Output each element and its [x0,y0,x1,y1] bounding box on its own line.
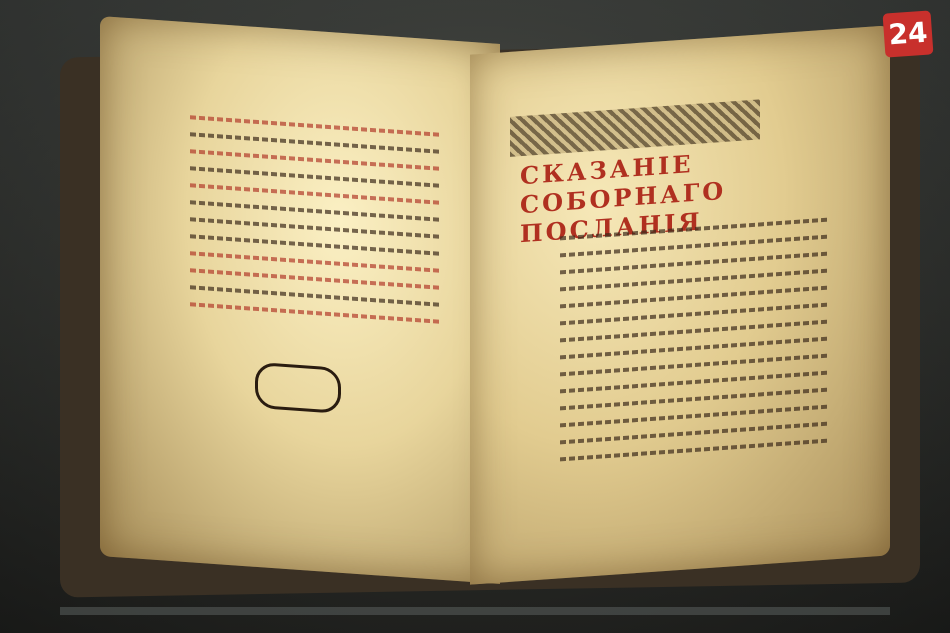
right-page: СКАЗАНІЕ СОБОРНАГО ПОСЛАНІЯ [470,25,890,584]
display-shelf [60,607,890,615]
right-page-text [540,203,850,476]
left-page-text [170,101,460,338]
watermark-logo: 24 [883,10,934,57]
open-book: СКАЗАНІЕ СОБОРНАГО ПОСЛАНІЯ [60,20,920,590]
left-page [100,16,500,584]
ornamental-knot [255,362,341,414]
